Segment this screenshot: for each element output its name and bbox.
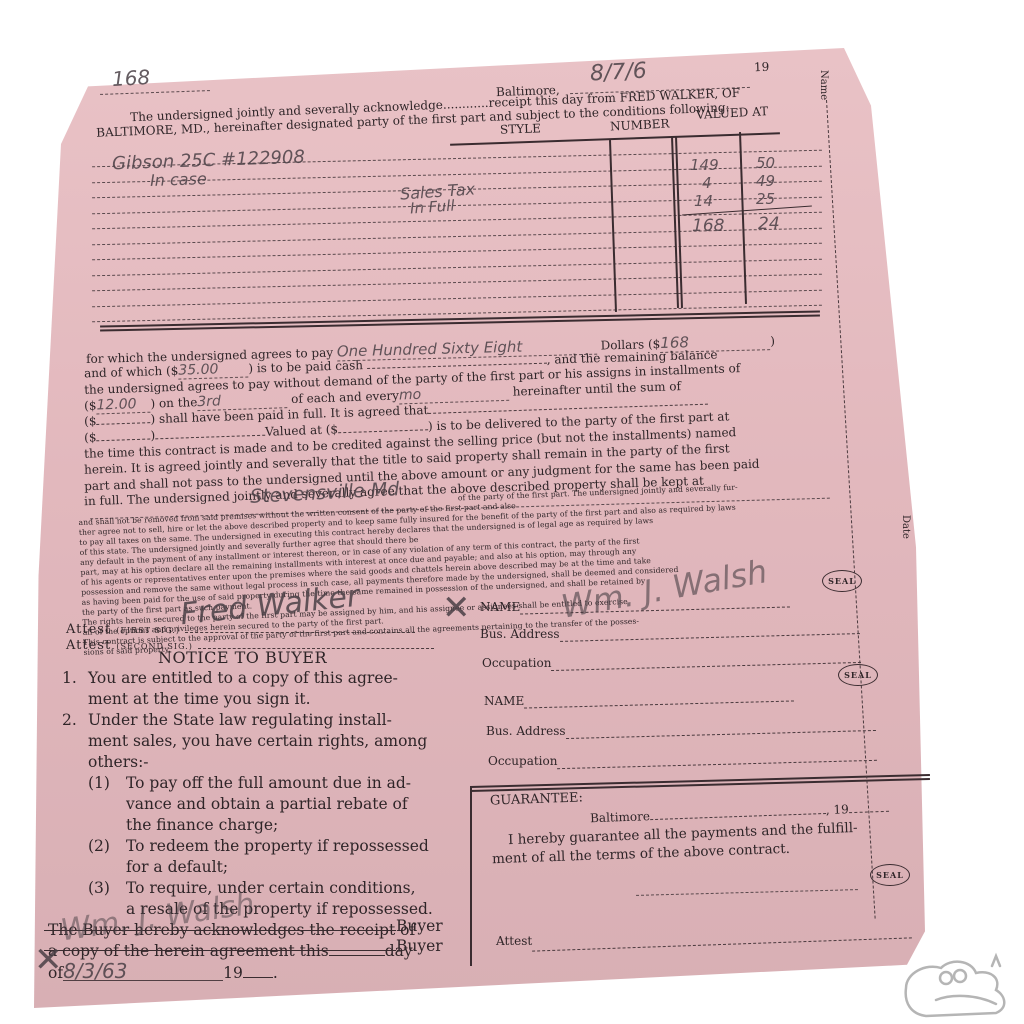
receipt-number: 168 xyxy=(111,65,150,91)
notice-item1-a: You are entitled to a copy of this agree… xyxy=(88,668,398,689)
name-x-mark: ✕ xyxy=(442,588,471,628)
ack-year-field[interactable] xyxy=(243,977,273,978)
signer2-address-row: Bus. Address xyxy=(486,724,876,738)
notice-item2-a: Under the State law regulating install- xyxy=(88,710,392,731)
value-dollars-1: 149 xyxy=(690,156,719,174)
year-prefix: 19 xyxy=(754,60,770,75)
paid-cash-label: ) is to be paid cash xyxy=(248,358,363,375)
notice-item2-num: 2. xyxy=(62,710,88,731)
signer2-occupation-field[interactable] xyxy=(558,760,878,769)
signer2-name-field[interactable] xyxy=(524,700,794,708)
notice-sub1-b: vance and obtain a partial rebate of xyxy=(62,794,462,815)
signer1-occupation-field[interactable] xyxy=(552,662,862,671)
total-cents: 24 xyxy=(758,214,780,234)
notice-item1-num: 1. xyxy=(62,668,88,689)
margin-name-label: Name xyxy=(818,70,829,100)
signer2-name-label: NAME xyxy=(484,694,524,708)
signer2-occupation-label: Occupation xyxy=(488,754,557,768)
guarantee-attest-row: Attest xyxy=(496,934,912,948)
notice-sub3-num: (3) xyxy=(88,878,126,899)
margin-date-label: Date xyxy=(900,515,911,539)
notice-sub1-num: (1) xyxy=(88,773,126,794)
total-dollars: 168 xyxy=(692,216,724,236)
notice-item2-b: ment sales, you have certain rights, amo… xyxy=(62,731,462,752)
seal-icon-2: SEAL xyxy=(838,664,878,686)
of-which-label: and of which ($ xyxy=(84,364,179,381)
signer1-name-row: NAME xyxy=(480,600,790,614)
on-the-label: ) on the xyxy=(150,395,197,411)
attest-first-line[interactable] xyxy=(185,632,415,633)
ack-date-field[interactable]: 8/3/63 xyxy=(63,962,223,981)
signer1-name-field[interactable] xyxy=(520,606,790,614)
notice-sub2-a: To redeem the property if repossessed xyxy=(126,836,429,857)
notice-sub3-a: To require, under certain conditions, xyxy=(126,878,416,899)
signer2-address-field[interactable] xyxy=(566,730,876,739)
valued-at-label: Valued at ($ xyxy=(265,422,338,438)
notice-sub2-b: for a default; xyxy=(62,857,462,878)
date-handwritten: 8/7/6 xyxy=(589,59,647,87)
signer1-address-field[interactable] xyxy=(560,633,860,642)
guarantee-city: Baltimore xyxy=(590,809,650,825)
ack-19-label: 19 xyxy=(223,964,243,982)
signer2-address-label: Bus. Address xyxy=(486,724,566,738)
value-dollars-3: 14 xyxy=(694,192,713,210)
notice-sub1-c: the finance charge; xyxy=(62,815,462,836)
attest-first-label: Attest xyxy=(66,622,111,637)
buyer-x-mark: ✕ xyxy=(34,940,63,980)
notice-sub1-a: To pay off the full amount due in ad- xyxy=(126,773,411,794)
buyer-label-2: Buyer xyxy=(396,937,443,955)
attest-first-row: Attest (FIRST SIG.) xyxy=(66,622,415,637)
of-each-label: of each and every xyxy=(291,388,399,406)
dog-logo-icon xyxy=(896,948,1020,1022)
seal-icon-3: SEAL xyxy=(870,864,910,886)
signer1-address-label: Bus. Address xyxy=(480,627,560,641)
guarantee-year-prefix: , 19 xyxy=(826,802,849,817)
guarantee-left-border xyxy=(470,786,472,966)
attest-first-small-label: (FIRST SIG.) xyxy=(116,626,180,635)
signer2-name-row: NAME xyxy=(484,694,794,708)
notice-item1-b: ment at the time you sign it. xyxy=(62,689,462,710)
notice-ack-of-row: of8/3/6319. xyxy=(48,962,462,984)
signer1-name-label: NAME xyxy=(480,600,520,614)
guarantee-attest-label: Attest xyxy=(496,934,532,948)
value-cents-3: 25 xyxy=(756,190,775,208)
signer1-address-row: Bus. Address xyxy=(480,627,860,641)
valued-item-blank xyxy=(155,435,265,440)
valued-sum-field xyxy=(97,438,151,441)
valued-at-field xyxy=(338,429,428,433)
attest-second-label: Attest xyxy=(66,638,111,653)
notice-title: NOTICE TO BUYER xyxy=(158,648,327,667)
value-cents-2: 49 xyxy=(756,172,775,190)
item-description-2: In case xyxy=(150,169,207,190)
signer1-occupation-label: Occupation xyxy=(482,656,551,670)
item-note-in-full: In Full xyxy=(409,196,455,217)
signer1-occupation-row: Occupation xyxy=(482,656,861,670)
buyer-signature-line-2[interactable] xyxy=(44,950,396,951)
notice-sub2-num: (2) xyxy=(88,836,126,857)
value-dollars-2: 4 xyxy=(702,174,712,192)
column-style: STYLE xyxy=(500,121,541,136)
buyer-label-1: Buyer xyxy=(396,917,443,935)
cash-amount-field: 35.00 xyxy=(178,361,248,380)
value-cents-1: 50 xyxy=(756,154,775,172)
signer2-occupation-row: Occupation xyxy=(488,754,877,768)
sum-field xyxy=(97,422,151,425)
notice-item2-c: others:- xyxy=(62,752,462,773)
